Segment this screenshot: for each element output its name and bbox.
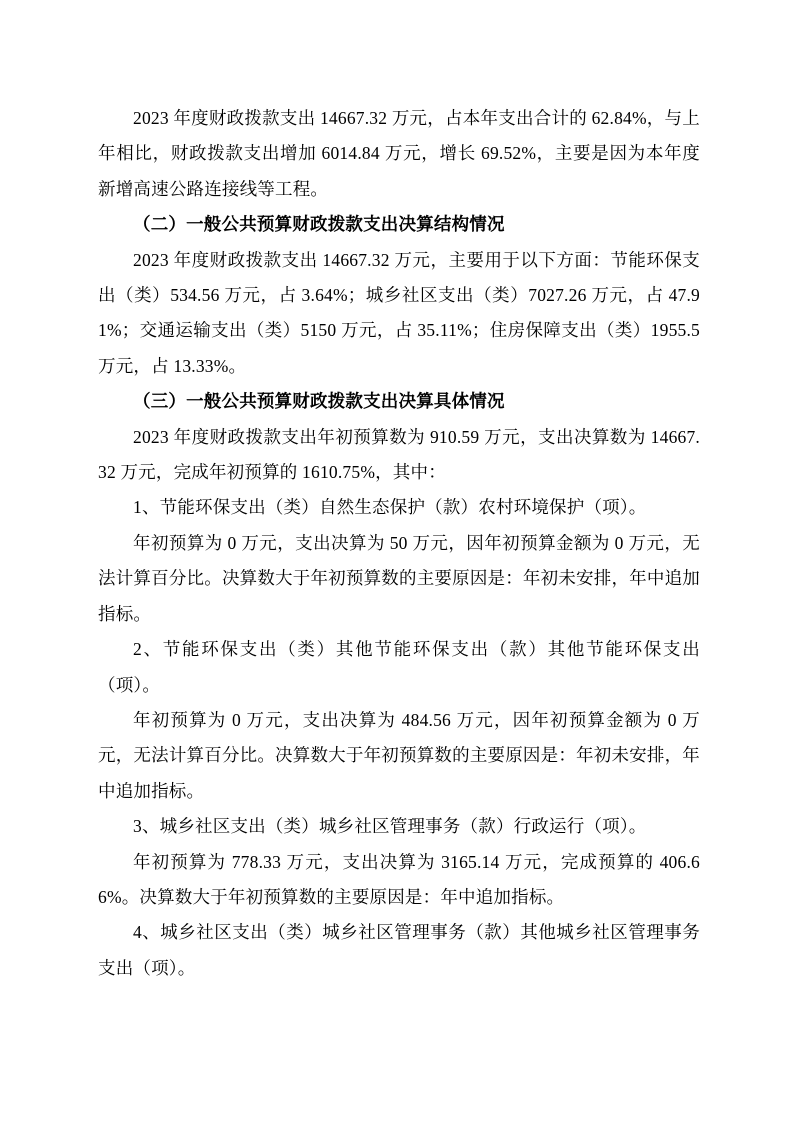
document-page: 2023 年度财政拨款支出 14667.32 万元，占本年支出合计的 62.84… (0, 0, 793, 1122)
body-paragraph: 2023 年度财政拨款支出 14667.32 万元，主要用于以下方面：节能环保支… (98, 243, 700, 385)
body-paragraph: 2023 年度财政拨款支出 14667.32 万元，占本年支出合计的 62.84… (98, 101, 700, 207)
body-paragraph: 年初预算为 778.33 万元，支出决算为 3165.14 万元，完成预算的 4… (98, 845, 700, 916)
body-paragraph: 1、节能环保支出（类）自然生态保护（款）农村环境保护（项）。 (98, 490, 700, 525)
body-paragraph: 年初预算为 0 万元，支出决算为 484.56 万元，因年初预算金额为 0 万元… (98, 703, 700, 809)
body-paragraph: 年初预算为 0 万元，支出决算为 50 万元，因年初预算金额为 0 万元，无法计… (98, 526, 700, 632)
body-paragraph: 2023 年度财政拨款支出年初预算数为 910.59 万元，支出决算数为 146… (98, 420, 700, 491)
document-content: 2023 年度财政拨款支出 14667.32 万元，占本年支出合计的 62.84… (98, 101, 700, 986)
body-paragraph: 4、城乡社区支出（类）城乡社区管理事务（款）其他城乡社区管理事务支出（项）。 (98, 915, 700, 986)
body-paragraph: 2、节能环保支出（类）其他节能环保支出（款）其他节能环保支出（项）。 (98, 632, 700, 703)
section-heading: （二）一般公共预算财政拨款支出决算结构情况 (98, 207, 700, 242)
section-heading: （三）一般公共预算财政拨款支出决算具体情况 (98, 384, 700, 419)
body-paragraph: 3、城乡社区支出（类）城乡社区管理事务（款）行政运行（项）。 (98, 809, 700, 844)
